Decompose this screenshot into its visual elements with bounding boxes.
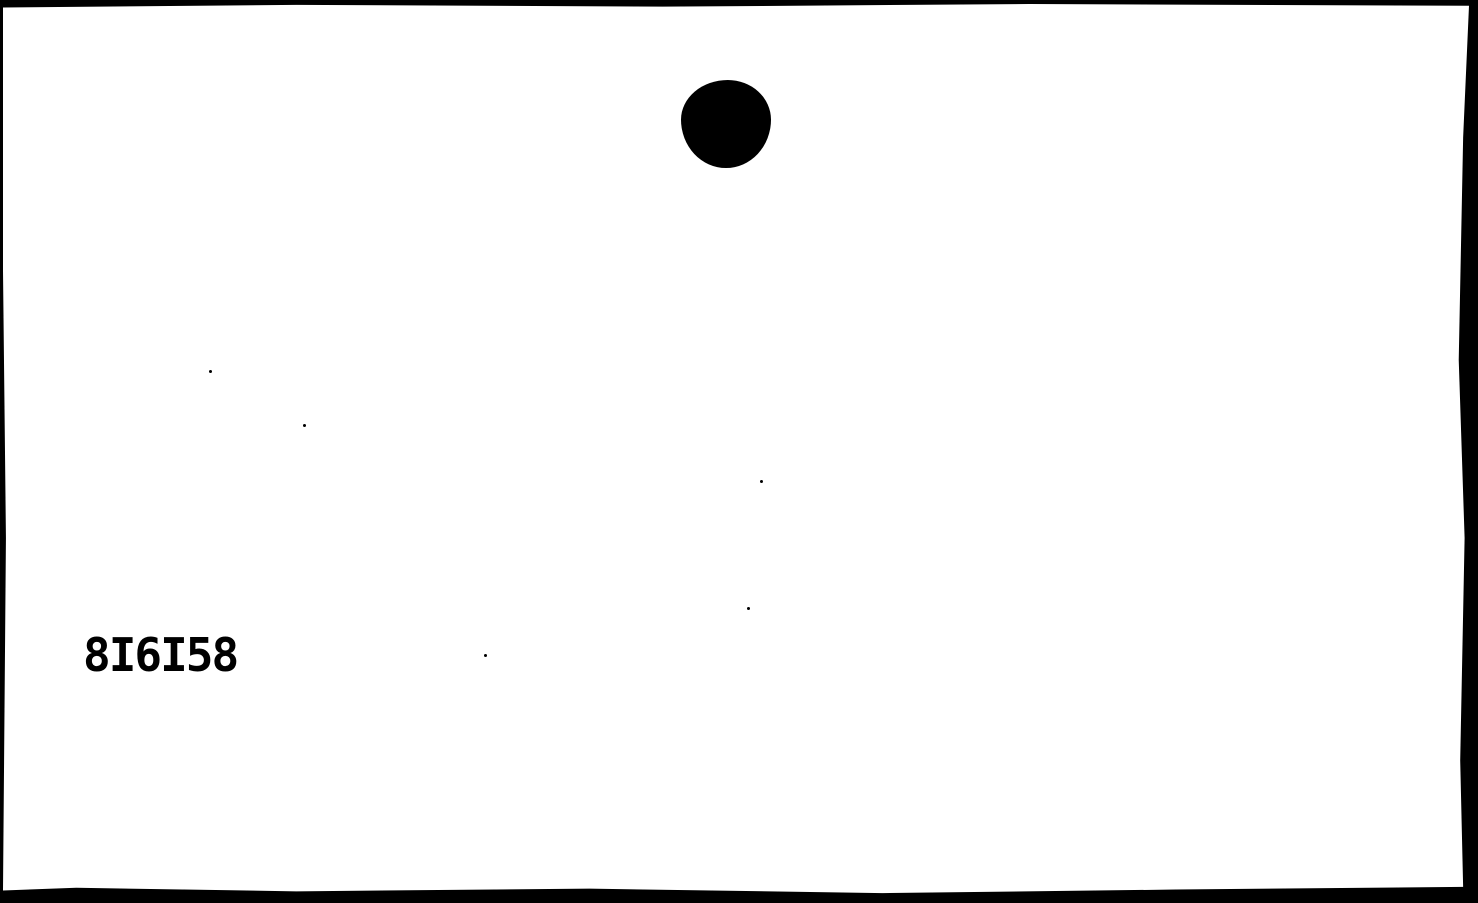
- dust-speck: [747, 607, 750, 610]
- dust-speck: [209, 370, 212, 373]
- dust-speck: [760, 480, 763, 483]
- dust-speck: [484, 654, 487, 657]
- dust-speck: [303, 424, 306, 427]
- card-number: 8I6I58: [83, 628, 237, 682]
